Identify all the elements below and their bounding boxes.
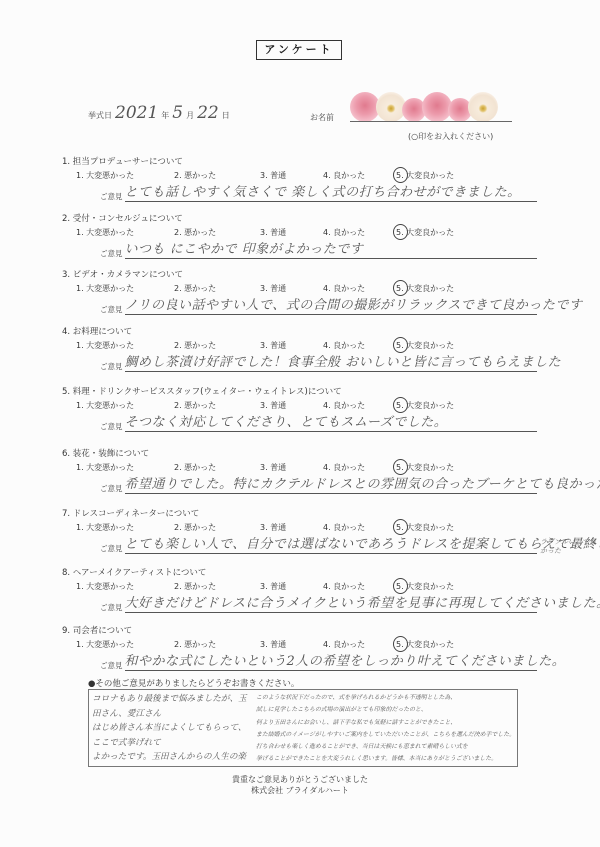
selected-circle-icon <box>393 167 408 183</box>
rating-option-4[interactable]: 4. 良かった <box>323 462 396 474</box>
question-7: 7. ドレスコーディネーターについて1. 大変悪かった2. 悪かった3. 普通4… <box>62 507 542 554</box>
name-redaction-flowers <box>350 90 520 122</box>
comment-line: また結婚式のイメージがしやすいご案内をしていただいたことが、こちらを選んだ決め手… <box>256 729 515 741</box>
opinion-field[interactable]: 和やかな式にしたいという2人の希望をしっかり叶えてくださいました。 <box>125 653 537 671</box>
opinion-label: ご意見 <box>100 660 123 671</box>
comment-line: よかったです。玉田さんからの人生の楽しみの激励にやられ <box>92 750 251 766</box>
comment-line: 何より玉田さんにお会いし、話下手な私でも気軽に話すことができたこと、 <box>256 717 515 729</box>
opinion-row: ご意見和やかな式にしたいという2人の希望をしっかり叶えてくださいました。 <box>100 653 542 671</box>
rating-option-5[interactable]: 5. 大変良かった <box>396 522 486 534</box>
opinion-row: ご意見そつなく対応してくださり、とてもスムーズでした。 <box>100 414 542 432</box>
rating-option-1[interactable]: 1. 大変悪かった <box>76 170 174 182</box>
question-8: 8. ヘアーメイクアーティストについて1. 大変悪かった2. 悪かった3. 普通… <box>62 566 542 613</box>
margin-note: ラプソルいして良かった <box>540 538 600 556</box>
rating-option-5[interactable]: 5. 大変良かった <box>396 170 486 182</box>
question-title: 3. ビデオ・カメラマンについて <box>62 268 542 280</box>
opinion-label: ご意見 <box>100 361 123 372</box>
selected-circle-icon <box>393 459 408 475</box>
opinion-label: ご意見 <box>100 483 123 494</box>
question-title: 4. お料理について <box>62 325 542 337</box>
rating-option-5[interactable]: 5. 大変良かった <box>396 227 486 239</box>
opinion-field[interactable]: いつも にこやかで 印象がよかったです <box>125 241 537 259</box>
rating-option-2[interactable]: 2. 悪かった <box>174 639 260 651</box>
year-unit: 年 <box>161 110 169 121</box>
rating-option-label: 4. 良かった <box>323 341 365 350</box>
rating-option-2[interactable]: 2. 悪かった <box>174 400 260 412</box>
rating-option-label: 2. 悪かった <box>174 523 216 532</box>
selected-circle-icon <box>393 280 408 296</box>
rose-icon <box>468 92 498 122</box>
month-unit: 月 <box>186 110 194 121</box>
opinion-label: ご意見 <box>100 602 123 613</box>
opinion-label: ご意見 <box>100 191 123 202</box>
rating-option-label: 4. 良かった <box>323 640 365 649</box>
rating-option-3[interactable]: 3. 普通 <box>260 400 323 412</box>
question-title: 6. 装花・装飾について <box>62 447 542 459</box>
rating-option-label: 4. 良かった <box>323 401 365 410</box>
question-5: 5. 料理・ドリンクサービススタッフ(ウェイター・ウェイトレス)について1. 大… <box>62 385 542 432</box>
rating-option-1[interactable]: 1. 大変悪かった <box>76 283 174 295</box>
rating-option-2[interactable]: 2. 悪かった <box>174 227 260 239</box>
mark-instruction: (○印をお入れください) <box>408 131 493 142</box>
rating-option-label: 3. 普通 <box>260 582 286 591</box>
comment-line: 試しに見学したこちらの式場の演出がとても印象的だったのと、 <box>256 704 515 716</box>
question-1: 1. 担当プロデューサーについて1. 大変悪かった2. 悪かった3. 普通4. … <box>62 155 542 202</box>
rating-option-label: 4. 良かった <box>323 582 365 591</box>
rating-option-5[interactable]: 5. 大変良かった <box>396 400 486 412</box>
rating-option-label: 2. 悪かった <box>174 463 216 472</box>
rating-options: 1. 大変悪かった2. 悪かった3. 普通4. 良かった5. 大変良かった <box>76 639 542 651</box>
other-comments-title: ●その他ご意見がありましたらどうぞお書きください。 <box>88 677 299 689</box>
rating-option-2[interactable]: 2. 悪かった <box>174 170 260 182</box>
rating-option-4[interactable]: 4. 良かった <box>323 283 396 295</box>
question-2: 2. 受付・コンセルジュについて1. 大変悪かった2. 悪かった3. 普通4. … <box>62 212 542 259</box>
rating-option-5[interactable]: 5. 大変良かった <box>396 283 486 295</box>
rating-option-1[interactable]: 1. 大変悪かった <box>76 227 174 239</box>
opinion-field[interactable]: 希望通りでした。特にカクテルドレスとの雰囲気の合ったブーケとても良かったです。 <box>125 476 537 494</box>
name-field[interactable] <box>350 121 512 122</box>
opinion-label: ご意見 <box>100 304 123 315</box>
rating-option-label: 3. 普通 <box>260 171 286 180</box>
rating-option-label: 1. 大変悪かった <box>76 640 134 649</box>
rating-option-3[interactable]: 3. 普通 <box>260 522 323 534</box>
rating-options: 1. 大変悪かった2. 悪かった3. 普通4. 良かった5. 大変良かった <box>76 340 542 352</box>
rating-option-3[interactable]: 3. 普通 <box>260 283 323 295</box>
rating-option-1[interactable]: 1. 大変悪かった <box>76 581 174 593</box>
opinion-field[interactable]: 大好きだけどドレスに合うメイクという希望を見事に再現してくださいました。髪型も好… <box>125 595 537 613</box>
rating-option-label: 4. 良かった <box>323 228 365 237</box>
rating-option-1[interactable]: 1. 大変悪かった <box>76 639 174 651</box>
other-comments-box[interactable]: コロナもあり最後まで悩みましたが、玉田さん、愛江さん はじめ皆さん本当によくして… <box>88 689 518 767</box>
rating-option-3[interactable]: 3. 普通 <box>260 227 323 239</box>
rating-option-label: 1. 大変悪かった <box>76 401 134 410</box>
rating-option-label: 3. 普通 <box>260 401 286 410</box>
opinion-row: ご意見いつも にこやかで 印象がよかったです <box>100 241 542 259</box>
rating-option-1[interactable]: 1. 大変悪かった <box>76 462 174 474</box>
rating-option-4[interactable]: 4. 良かった <box>323 340 396 352</box>
rating-option-2[interactable]: 2. 悪かった <box>174 283 260 295</box>
footer-thanks: 貴重なご意見ありがとうございました <box>0 774 600 785</box>
rating-option-label: 1. 大変悪かった <box>76 228 134 237</box>
question-4: 4. お料理について1. 大変悪かった2. 悪かった3. 普通4. 良かった5.… <box>62 325 542 372</box>
rating-option-1[interactable]: 1. 大変悪かった <box>76 340 174 352</box>
question-3: 3. ビデオ・カメラマンについて1. 大変悪かった2. 悪かった3. 普通4. … <box>62 268 542 315</box>
rating-options: 1. 大変悪かった2. 悪かった3. 普通4. 良かった5. 大変良かった <box>76 400 542 412</box>
rating-option-3[interactable]: 3. 普通 <box>260 462 323 474</box>
other-comments-left: コロナもあり最後まで悩みましたが、玉田さん、愛江さん はじめ皆さん本当によくして… <box>89 690 254 766</box>
form-title: アンケート <box>256 40 342 60</box>
question-title: 7. ドレスコーディネーターについて <box>62 507 542 519</box>
rating-option-label: 1. 大変悪かった <box>76 523 134 532</box>
question-6: 6. 装花・装飾について1. 大変悪かった2. 悪かった3. 普通4. 良かった… <box>62 447 542 494</box>
comment-line: このような状況下だったので、式を挙げられるかどうかも不透明とした為、 <box>256 692 515 704</box>
rating-option-3[interactable]: 3. 普通 <box>260 340 323 352</box>
question-9: 9. 司会者について1. 大変悪かった2. 悪かった3. 普通4. 良かった5.… <box>62 624 542 671</box>
footer-company: 株式会社 ブライダルハート <box>0 785 600 796</box>
opinion-row: ご意見とても楽しい人で、自分では選ばないであろうドレスを提案してもらえて最終とて… <box>100 536 542 554</box>
comment-line: はじめ皆さん本当によくしてもらって、ここで式挙げれて <box>92 721 251 750</box>
opinion-row: ご意見大好きだけどドレスに合うメイクという希望を見事に再現してくださいました。髪… <box>100 595 542 613</box>
rating-option-4[interactable]: 4. 良かった <box>323 581 396 593</box>
rating-options: 1. 大変悪かった2. 悪かった3. 普通4. 良かった5. 大変良かった <box>76 522 542 534</box>
rating-option-label: 2. 悪かった <box>174 284 216 293</box>
rating-option-5[interactable]: 5. 大変良かった <box>396 340 486 352</box>
rating-options: 1. 大変悪かった2. 悪かった3. 普通4. 良かった5. 大変良かった <box>76 581 542 593</box>
other-comments-right: このような状況下だったので、式を挙げられるかどうかも不透明とした為、 試しに見学… <box>254 690 517 766</box>
rating-option-label: 3. 普通 <box>260 463 286 472</box>
rating-option-5[interactable]: 5. 大変良かった <box>396 581 486 593</box>
rating-option-1[interactable]: 1. 大変悪かった <box>76 400 174 412</box>
rating-option-label: 2. 悪かった <box>174 401 216 410</box>
selected-circle-icon <box>393 224 408 240</box>
question-title: 1. 担当プロデューサーについて <box>62 155 542 167</box>
rating-option-label: 3. 普通 <box>260 523 286 532</box>
selected-circle-icon <box>393 337 408 353</box>
date-label: 挙式日 <box>88 110 112 121</box>
date-day[interactable]: 22 <box>197 103 219 123</box>
opinion-field[interactable]: ノリの良い話やすい人で、式の合間の撮影がリラックスできて良かったです <box>125 297 537 315</box>
question-title: 9. 司会者について <box>62 624 542 636</box>
rating-option-label: 4. 良かった <box>323 171 365 180</box>
date-year[interactable]: 2021 <box>115 103 158 123</box>
rating-option-label: 1. 大変悪かった <box>76 341 134 350</box>
question-title: 8. ヘアーメイクアーティストについて <box>62 566 542 578</box>
date-month[interactable]: 5 <box>172 103 183 123</box>
rating-option-2[interactable]: 2. 悪かった <box>174 522 260 534</box>
rating-option-2[interactable]: 2. 悪かった <box>174 462 260 474</box>
rating-option-2[interactable]: 2. 悪かった <box>174 340 260 352</box>
rating-option-label: 3. 普通 <box>260 640 286 649</box>
rating-option-4[interactable]: 4. 良かった <box>323 639 396 651</box>
rating-options: 1. 大変悪かった2. 悪かった3. 普通4. 良かった5. 大変良かった <box>76 462 542 474</box>
question-title: 5. 料理・ドリンクサービススタッフ(ウェイター・ウェイトレス)について <box>62 385 542 397</box>
opinion-row: ご意見ノリの良い話やすい人で、式の合間の撮影がリラックスできて良かったです <box>100 297 542 315</box>
rating-option-1[interactable]: 1. 大変悪かった <box>76 522 174 534</box>
opinion-row: ご意見希望通りでした。特にカクテルドレスとの雰囲気の合ったブーケとても良かったで… <box>100 476 542 494</box>
rating-option-4[interactable]: 4. 良かった <box>323 227 396 239</box>
rating-option-label: 2. 悪かった <box>174 228 216 237</box>
opinion-field[interactable]: とても話しやすく気さくで 楽しく式の打ち合わせができました。 <box>125 184 537 202</box>
rating-option-label: 2. 悪かった <box>174 582 216 591</box>
opinion-field[interactable]: 鯛めし茶漬け好評でした！食事全般 おいしいと皆に言ってもらえました <box>125 354 537 372</box>
rating-option-label: 1. 大変悪かった <box>76 171 134 180</box>
footer: 貴重なご意見ありがとうございました 株式会社 ブライダルハート <box>0 774 600 796</box>
rating-option-3[interactable]: 3. 普通 <box>260 170 323 182</box>
rating-option-label: 3. 普通 <box>260 284 286 293</box>
ceremony-date: 挙式日 2021 年 5 月 22 日 <box>88 103 230 123</box>
selected-circle-icon <box>393 397 408 413</box>
selected-circle-icon <box>393 578 408 594</box>
rating-options: 1. 大変悪かった2. 悪かった3. 普通4. 良かった5. 大変良かった <box>76 170 542 182</box>
rating-option-label: 2. 悪かった <box>174 341 216 350</box>
comment-line: 挙げることができたことを大変うれしく思います。皆様、本当にありがとうございました… <box>256 753 515 765</box>
opinion-label: ご意見 <box>100 248 123 259</box>
rating-option-label: 3. 普通 <box>260 341 286 350</box>
rating-options: 1. 大変悪かった2. 悪かった3. 普通4. 良かった5. 大変良かった <box>76 227 542 239</box>
opinion-field[interactable]: とても楽しい人で、自分では選ばないであろうドレスを提案してもらえて最終とても気に… <box>125 536 537 554</box>
rating-option-label: 1. 大変悪かった <box>76 284 134 293</box>
rating-option-label: 2. 悪かった <box>174 171 216 180</box>
rating-option-3[interactable]: 3. 普通 <box>260 639 323 651</box>
rating-option-2[interactable]: 2. 悪かった <box>174 581 260 593</box>
comment-line: 打ち合わせも楽しく進めることができ、当日は天候にも恵まれて素晴らしい式を <box>256 741 515 753</box>
rating-option-4[interactable]: 4. 良かった <box>323 400 396 412</box>
opinion-label: ご意見 <box>100 421 123 432</box>
rating-options: 1. 大変悪かった2. 悪かった3. 普通4. 良かった5. 大変良かった <box>76 283 542 295</box>
opinion-label: ご意見 <box>100 543 123 554</box>
rating-option-5[interactable]: 5. 大変良かった <box>396 462 486 474</box>
rating-option-label: 2. 悪かった <box>174 640 216 649</box>
question-title: 2. 受付・コンセルジュについて <box>62 212 542 224</box>
rating-option-5[interactable]: 5. 大変良かった <box>396 639 486 651</box>
selected-circle-icon <box>393 636 408 652</box>
rating-option-label: 4. 良かった <box>323 463 365 472</box>
name-label: お名前 <box>310 112 334 123</box>
comment-line: コロナもあり最後まで悩みましたが、玉田さん、愛江さん <box>92 692 251 721</box>
opinion-row: ご意見とても話しやすく気さくで 楽しく式の打ち合わせができました。 <box>100 184 542 202</box>
opinion-row: ご意見鯛めし茶漬け好評でした！食事全般 おいしいと皆に言ってもらえました <box>100 354 542 372</box>
rating-option-label: 1. 大変悪かった <box>76 463 134 472</box>
rating-option-4[interactable]: 4. 良かった <box>323 170 396 182</box>
rating-option-label: 4. 良かった <box>323 284 365 293</box>
rating-option-3[interactable]: 3. 普通 <box>260 581 323 593</box>
selected-circle-icon <box>393 519 408 535</box>
rating-option-label: 4. 良かった <box>323 523 365 532</box>
day-unit: 日 <box>222 110 230 121</box>
rating-option-label: 1. 大変悪かった <box>76 582 134 591</box>
rating-option-label: 3. 普通 <box>260 228 286 237</box>
opinion-field[interactable]: そつなく対応してくださり、とてもスムーズでした。 <box>125 414 537 432</box>
rating-option-4[interactable]: 4. 良かった <box>323 522 396 534</box>
